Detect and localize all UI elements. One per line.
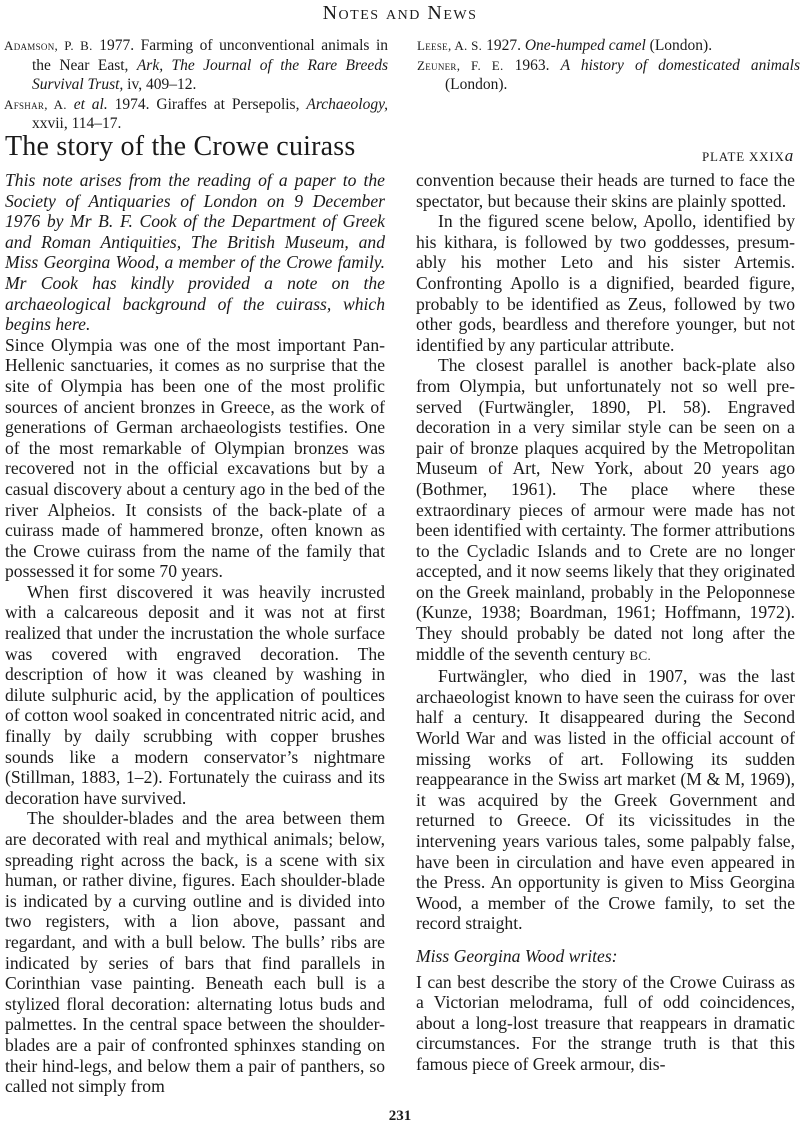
body-paragraph: Since Olympia was one of the most import… [5, 335, 385, 582]
references-left: Adamson, P. B. 1977. Farming of unconven… [4, 36, 388, 134]
reference-author: Leese, A. S. [417, 38, 482, 53]
plate-suffix: a [785, 146, 794, 165]
right-column: convention because their heads are turne… [416, 170, 795, 1075]
reference-etal: et al. [74, 96, 108, 113]
body-paragraph: In the figured scene below, Apollo, iden… [416, 211, 795, 355]
body-paragraph: The shoulder-blades and the area between… [5, 808, 385, 1096]
reference-year: 1927. [486, 37, 521, 54]
body-paragraph: I can best describe the story of the Cro… [416, 972, 795, 1075]
era-abbreviation: BC. [630, 648, 652, 663]
reference-entry: Adamson, P. B. 1977. Farming of unconven… [4, 36, 388, 95]
reference-publisher: (London). [650, 37, 712, 54]
reference-publisher: (London). [445, 76, 507, 93]
reference-title: A history of domesticated animals [561, 57, 800, 74]
reference-volume: iv, 409–12. [127, 76, 196, 93]
body-paragraph: When first discovered it was heavily inc… [5, 582, 385, 809]
reference-author: Zeuner, F. E. [417, 58, 504, 73]
article-intro: This note arises from the reading of a p… [5, 170, 385, 335]
reference-year: 1977. [99, 37, 134, 54]
running-head: Notes and News [0, 2, 800, 25]
body-paragraph: convention because their heads are turne… [416, 170, 795, 211]
reference-year: 1963. [515, 57, 550, 74]
reference-title: Giraffes at Persepolis, [156, 96, 299, 113]
body-paragraph: The closest parallel is another back-pla… [416, 355, 795, 666]
reference-journal: Archaeology, [306, 96, 388, 113]
reference-entry: Leese, A. S. 1927. One-humped camel (Lon… [417, 36, 800, 56]
article-title: The story of the Crowe cuirass [5, 131, 355, 163]
plate-reference: PLATE XXIXa [702, 146, 794, 166]
page-number: 231 [0, 1108, 800, 1125]
reference-entry: Afshar, A. et al. 1974. Giraffes at Pers… [4, 95, 388, 134]
body-text: The closest parallel is another back-pla… [416, 355, 795, 663]
reference-volume: xxvii, 114–17. [32, 115, 121, 132]
reference-author: Afshar, A. [4, 97, 67, 112]
left-column: This note arises from the reading of a p… [5, 170, 385, 1097]
body-paragraph: Furtwängler, who died in 1907, was the l… [416, 666, 795, 934]
section-subhead: Miss Georgina Wood writes: [416, 946, 795, 967]
references-right: Leese, A. S. 1927. One-humped camel (Lon… [417, 36, 800, 95]
reference-title: One-humped camel [525, 37, 646, 54]
plate-label: PLATE XXIX [702, 149, 785, 164]
reference-author: Adamson, P. B. [4, 38, 93, 53]
reference-year: 1974. [115, 96, 150, 113]
reference-entry: Zeuner, F. E. 1963. A history of domesti… [417, 56, 800, 95]
